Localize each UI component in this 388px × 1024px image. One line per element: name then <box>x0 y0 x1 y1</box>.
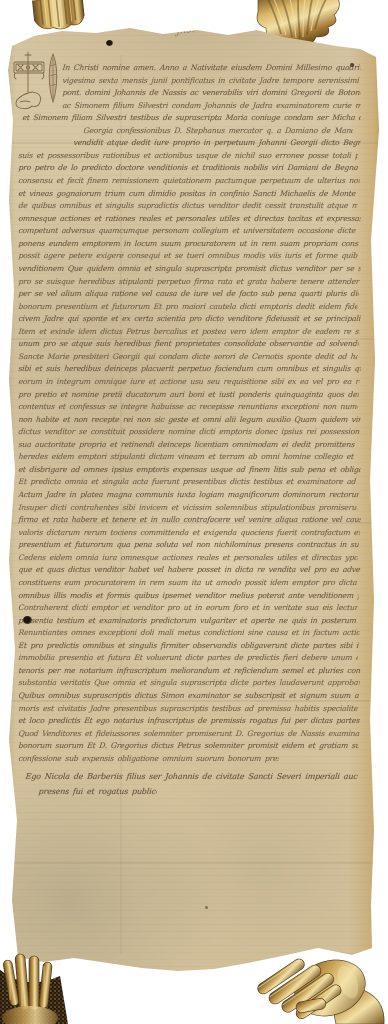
charter-text-line: possit agere petere exigere consequi et … <box>18 250 358 262</box>
parchment-speck <box>350 63 354 67</box>
charter-text-line: civem Jadre qui sponte et ex certa scien… <box>18 313 361 325</box>
charter-text-line: vendidit atque dedit iure proprio in per… <box>73 137 361 149</box>
charter-text-line: et vineas gognaiorum trium cum dimidio p… <box>18 188 359 200</box>
charter-text-line: omnesque actiones et rationes reales et … <box>18 213 361 225</box>
charter-text-line: pro pretio et nomine pretii ducatorum au… <box>18 389 359 401</box>
charter-text-line: ponens eundem emptorem in locum suum pro… <box>18 238 359 250</box>
charter-text-line: constituens eum procuratorem in rem suam… <box>18 577 360 589</box>
marginal-mark: + <box>3 257 10 265</box>
charter-text-line: pro se suisque heredibus stipulanti perp… <box>18 276 360 288</box>
charter-text-line: immobilia presentia et futura Et volueru… <box>18 652 358 664</box>
charter-text-line: Et predicta omnia et singula acta fuerun… <box>18 476 360 488</box>
gilded-drapery-top-left-icon <box>26 0 89 35</box>
charter-text-line: unum pro se atque suis heredibus fient p… <box>18 338 359 350</box>
charter-text-line: contentus et confessus se integre habuis… <box>18 401 358 413</box>
charter-text-line: In Christi nomine amen. Anno a Nativitat… <box>62 62 361 74</box>
parchment-hole <box>23 616 32 624</box>
charter-text-line: sibi et suis heredibus deinceps placueri… <box>18 363 361 375</box>
charter-text-line: Cedens eidem omnia iura omnesque actione… <box>18 552 358 564</box>
charter-text-line: non habite et non recepte rei non sic ge… <box>18 414 361 426</box>
charter-text-line: Et pro predictis omnibus et singulis fir… <box>18 640 359 652</box>
charter-text-line: Quod Venditores et fideiussores solemnit… <box>18 728 360 740</box>
invocation-mark: Jhs. <box>175 25 195 37</box>
charter-text-line: tenoris per me notarium infrascriptum me… <box>18 665 361 677</box>
charter-text-line: pro petro de lo predicto doctore venditi… <box>18 162 361 174</box>
charter-text-line: valoris dictarum rerum tociens committen… <box>18 527 360 539</box>
charter-text-line: et disbrigare ad omnes ipsius emptoris e… <box>18 464 361 476</box>
charter-text-line: confessione sub expensis obligatione omn… <box>18 753 279 765</box>
notary-subscription-line: Ego Nicola de Barberiis filius ser Johan… <box>25 771 358 784</box>
charter-text-line: per se vel alium aliqua ratione vel caus… <box>18 288 359 300</box>
notary-subscription-line: presens fui et rogatus publice ss. <box>38 786 157 799</box>
gilded-hand-bottom-left-icon <box>0 950 68 1024</box>
charter-text-line: Insuper dicti contrahentes sibi invicem … <box>18 502 358 514</box>
charter-text-line: Quibus omnibus suprascriptis dictus Simo… <box>18 690 359 702</box>
charter-photograph: Jhs. + In Christi nomine amen. Anno a Na… <box>0 0 388 1024</box>
charter-text-line: heredes eidem emptori stipulanti dictam … <box>18 451 358 463</box>
charter-text-line: bonorum presentium et futurorum Et pro m… <box>18 301 358 313</box>
charter-text-line: Sancte Marie presbiteri Georgii qui cond… <box>18 351 358 363</box>
charter-text-line: moris est civitatis Jadre presentibus su… <box>18 703 358 715</box>
charter-text-line: Actum Jadre in platea magna communis iux… <box>18 489 359 501</box>
charter-text-line: dictus venditor se constituit possidere … <box>18 426 360 438</box>
charter-text-line: venditionem Que quidem omnia et singula … <box>18 263 361 275</box>
charter-text-line: presentium et futurorum qua pena soluta … <box>18 539 359 551</box>
charter-text-line: suis et possessoribus rationibus et acti… <box>18 150 358 162</box>
charter-text-line: consensu et fecit finem remissionem quie… <box>18 175 360 187</box>
charter-text-line: eorum in integrum omnique iure et action… <box>18 376 360 388</box>
charter-text-line: ac Simonem filium Silvestri condam Johan… <box>62 100 361 112</box>
charter-text-line: competunt adversus quamcumque personam c… <box>18 225 360 237</box>
charter-text-line: Renuntiantes omnes exceptioni doli mali … <box>18 627 360 639</box>
charter-text-line: et loco predictis Et ego notarius infras… <box>18 715 361 727</box>
parchment-hole <box>106 40 113 46</box>
parchment-charter: Jhs. + In Christi nomine amen. Anno a Na… <box>0 0 388 1024</box>
charter-text-line: Contraherent dicti emptor et venditor pr… <box>18 602 358 614</box>
charter-text-line: presentia testium et examinatoris predic… <box>18 615 361 627</box>
charter-text-line: vigesima sexta mensis junii pontificatus… <box>62 75 361 87</box>
charter-text-line: bonorum suorum Et D. Gregorius dictus Pe… <box>18 740 359 752</box>
charter-text-line: de quibus omnibus et singulis supradicti… <box>18 200 358 212</box>
gilded-hand-bottom-right-icon <box>256 936 388 1024</box>
charter-text-line: firma et rata habere et tenere et in nul… <box>18 514 361 526</box>
charter-text-line: Item et exinde idem dictus Petrus bercal… <box>18 326 360 338</box>
parchment-speck <box>205 906 208 909</box>
charter-text-line: que et quas dictus venditor habet vel ha… <box>18 564 361 576</box>
charter-text-line: omnibus illis modis et formis quibus ips… <box>18 590 359 602</box>
charter-text-line: pont. domini Johannis de Nassis ac vener… <box>62 87 361 99</box>
charter-text-line: substantia veritatis Que omnia et singul… <box>18 677 360 689</box>
fold-crease <box>6 862 382 864</box>
charter-text-line: Georgia confessionibus D. Stephanus merc… <box>83 125 353 137</box>
charter-text-line: et Simonem filiam Silvestri testibus de … <box>22 112 361 124</box>
charter-text-line: sua auctoritate propria et retinendi dei… <box>18 439 359 451</box>
